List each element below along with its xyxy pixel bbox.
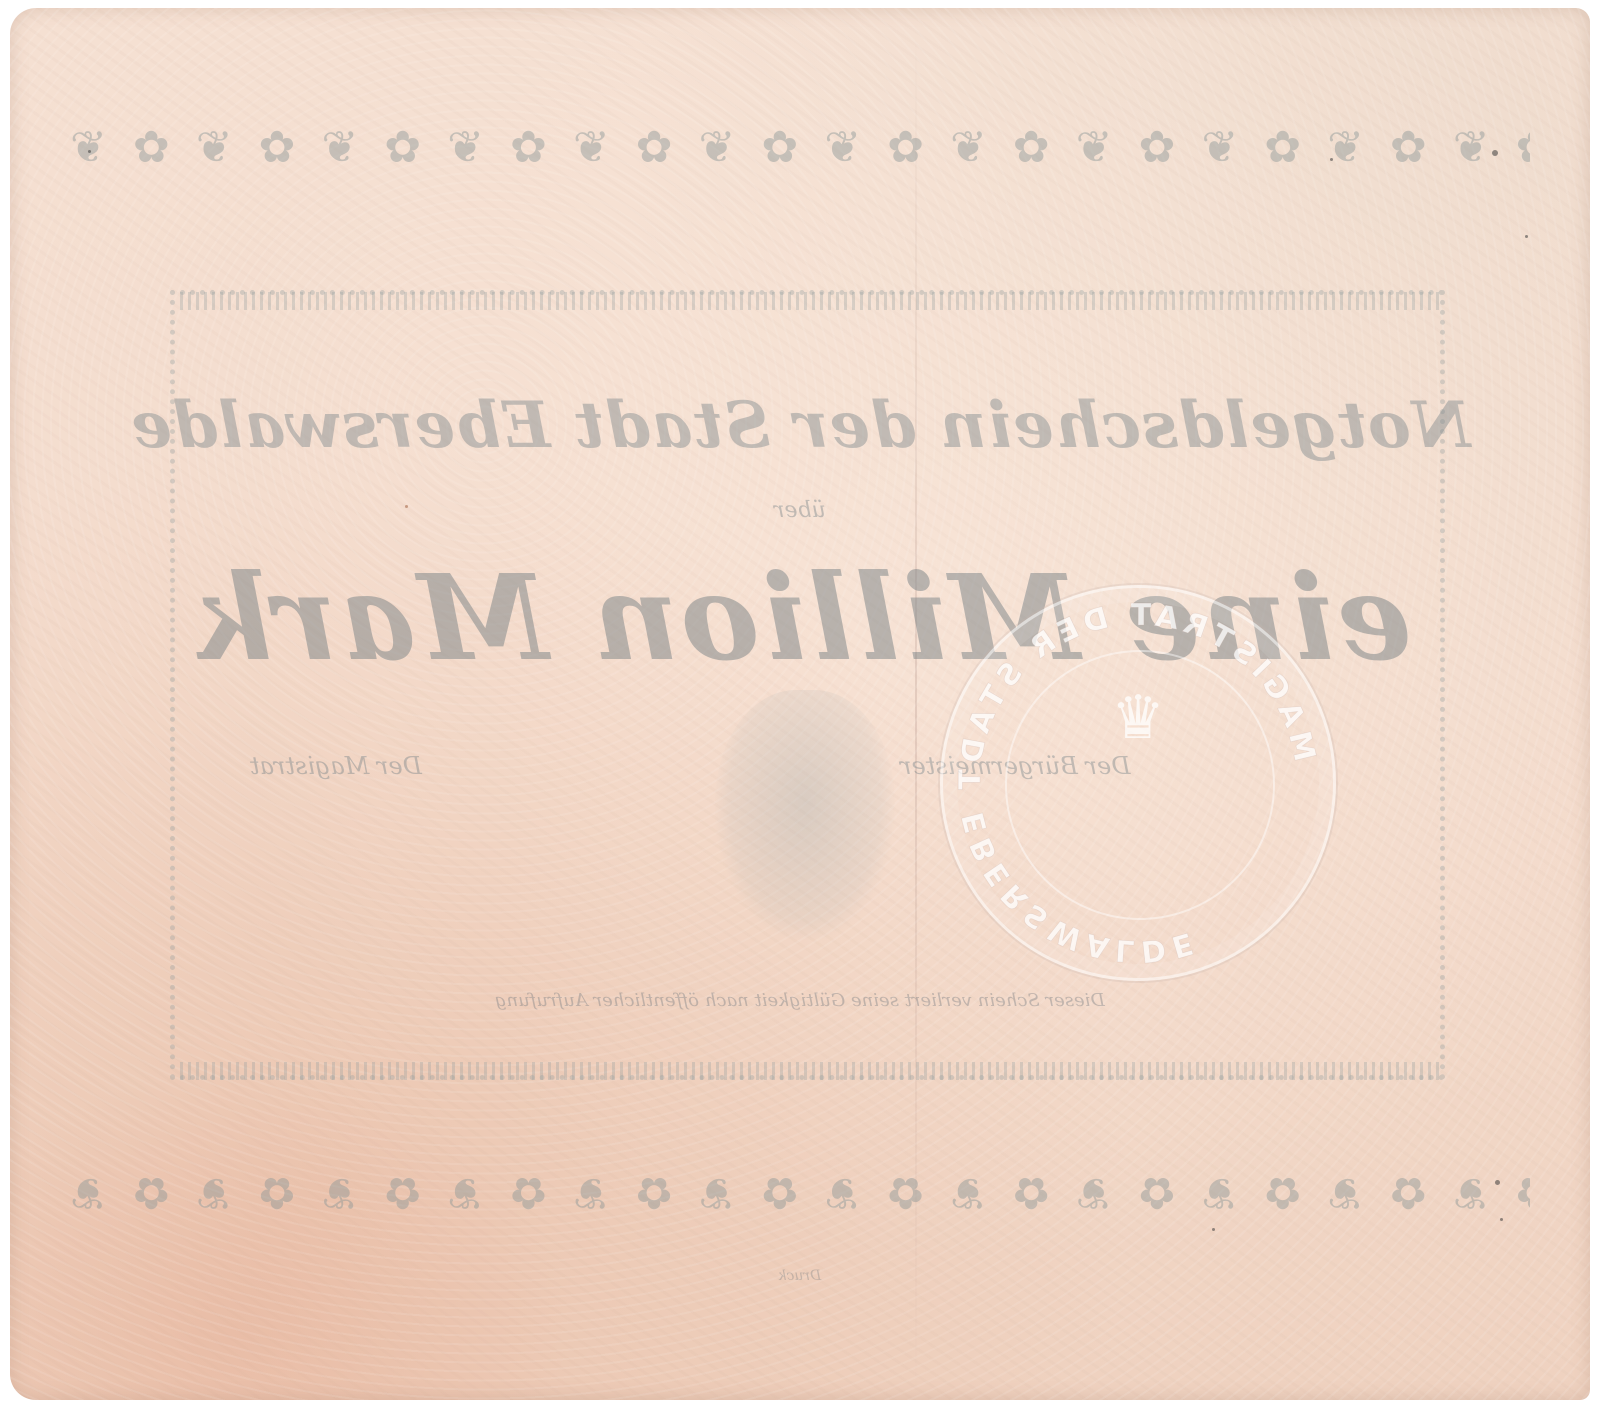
fine-print-bleed: Dieser Schein verliert seine Gültigkeit … <box>0 990 1600 1011</box>
headline-bleed: Notgeldschein der Stadt Eberswalde <box>0 388 1600 463</box>
seal-text-ring: MAGISTRAT DER STADT EBERSWALDE <box>943 588 1333 978</box>
footer-text: Druck <box>778 1268 821 1284</box>
signature-left-bleed: Der Magistrat <box>250 752 810 780</box>
ink-speck <box>1492 150 1498 156</box>
ornament-glyphs: ❦ ✿ ❦ ✿ ❦ ✿ ❦ ✿ ❦ ✿ ❦ ✿ ❦ ✿ ❦ ✿ ❦ ✿ ❦ ✿ … <box>70 122 1530 173</box>
connector-bleed: über <box>740 498 860 523</box>
top-ornament-border: ❦ ✿ ❦ ✿ ❦ ✿ ❦ ✿ ❦ ✿ ❦ ✿ ❦ ✿ ❦ ✿ ❦ ✿ ❦ ✿ … <box>70 120 1530 230</box>
headline-text: Notgeldschein der Stadt Eberswalde <box>130 388 1470 463</box>
ink-speck <box>1212 1228 1215 1231</box>
svg-text:MAGISTRAT DER STADT EBERSWALDE: MAGISTRAT DER STADT EBERSWALDE <box>953 598 1322 969</box>
ink-speck <box>88 150 91 153</box>
bottom-ornament-border: ❦ ✿ ❦ ✿ ❦ ✿ ❦ ✿ ❦ ✿ ❦ ✿ ❦ ✿ ❦ ✿ ❦ ✿ ❦ ✿ … <box>70 1110 1530 1220</box>
ink-speck <box>1495 1180 1500 1185</box>
signature-left-text: Der Magistrat <box>250 752 422 780</box>
ink-speck <box>1330 158 1333 161</box>
seal-text: MAGISTRAT DER STADT EBERSWALDE <box>953 598 1322 969</box>
fine-print-text: Dieser Schein verliert seine Gültigkeit … <box>495 990 1105 1011</box>
ink-speck <box>1525 235 1528 238</box>
frame-band-bottom <box>180 1062 1440 1080</box>
footer-bleed: Druck <box>0 1268 1600 1284</box>
crown-icon: ♛ <box>1083 683 1193 753</box>
embossed-seal: MAGISTRAT DER STADT EBERSWALDE ♛ <box>940 585 1336 981</box>
connector-text: über <box>774 498 826 523</box>
coat-of-arms-bleed <box>715 690 895 940</box>
ink-speck <box>1500 1218 1503 1221</box>
amount-bleed: eine Million Mark <box>0 548 1600 687</box>
ornament-glyphs-bottom: ❦ ✿ ❦ ✿ ❦ ✿ ❦ ✿ ❦ ✿ ❦ ✿ ❦ ✿ ❦ ✿ ❦ ✿ ❦ ✿ … <box>70 1167 1530 1218</box>
ink-speck <box>405 505 408 508</box>
